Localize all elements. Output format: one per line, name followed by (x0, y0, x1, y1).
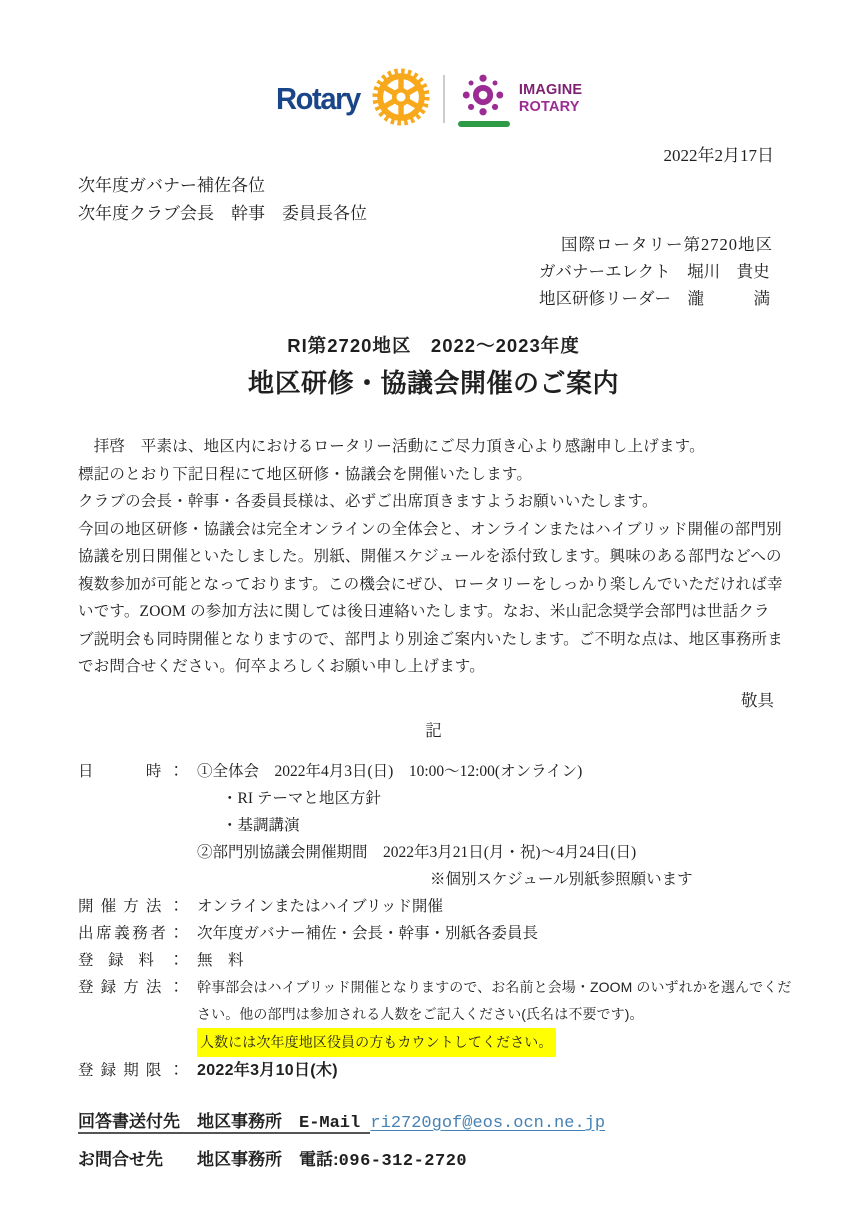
detail-row-attendees: 出席義務者： 次年度ガバナー補佐・会長・幹事・別紙各委員長 (78, 920, 789, 947)
sender-block: 国際ロータリー第2720地区 ガバナーエレクト 堀川 貴史 地区研修リーダー 瀧… (539, 231, 773, 312)
rotary-theme-text: ROTARY (519, 99, 582, 116)
schedule-note: ※個別スケジュール別紙参照願います (430, 866, 693, 893)
sender-district: 国際ロータリー第2720地区 (539, 231, 773, 258)
title-block: RI第2720地区 2022～2023年度 地区研修・協議会開催のご案内 (78, 332, 789, 400)
body-line: 標記のとおり下記日程にて地区研修・協議会を開催いたします。 (78, 461, 789, 489)
detail-row-fee: 登録料： 無 料 (78, 947, 789, 974)
detail-row-schedule: 日 時： ①全体会 2022年4月3日(日) 10:00～12:00(オンライン… (78, 758, 789, 893)
detail-label: 登録料： (78, 947, 184, 974)
body-line: でお問合せください。何卒よろしくお願い申し上げます。 (78, 653, 789, 681)
inquiry-label: お問合せ先 地区事務所 電話: (78, 1150, 339, 1169)
inquiry-line: お問合せ先 地区事務所 電話:096-312-2720 (78, 1146, 789, 1175)
letter-subtitle: RI第2720地区 2022～2023年度 (78, 332, 789, 358)
letter-date: 2022年2月17日 (78, 142, 789, 169)
agenda-bullet: ・基調講演 (222, 812, 693, 839)
recipient-block: 次年度ガバナー補佐各位 次年度クラブ会長 幹事 委員長各位 (78, 172, 789, 228)
body-line: クラブの会長・幹事・各委員長様は、必ずご出席頂きますようお願いいたします。 (78, 488, 789, 516)
sender-governor-elect: ガバナーエレクト 堀川 貴史 (539, 258, 773, 285)
highlighted-note: 人数には次年度地区役員の方もカウントしてください。 (197, 1028, 556, 1057)
detail-value: 次年度ガバナー補佐・会長・幹事・別紙各委員長 (197, 920, 538, 947)
detail-value: 無 料 (197, 947, 244, 974)
recipient-line: 次年度ガバナー補佐各位 (78, 172, 789, 200)
rotary-masterbrand: Rotary (276, 68, 430, 131)
body-line: 協議を別日開催といたしました。別紙、開催スケジュールを添付致します。興味のある部… (78, 543, 789, 571)
footer-contact-section: 回答書送付先 地区事務所 E-Mail ri2720gof@eos.ocn.ne… (78, 1108, 789, 1175)
detail-value: ①全体会 2022年4月3日(日) 10:00～12:00(オンライン) ・RI… (197, 758, 693, 893)
detail-label: 開催方法： (78, 893, 184, 920)
green-swoosh-icon (458, 121, 510, 127)
imagine-rotary-sun-icon (458, 72, 510, 127)
record-marker-ki: 記 (78, 717, 789, 744)
detail-row-method: 開催方法： オンラインまたはハイブリッド開催 (78, 893, 789, 920)
body-line: 拝啓 平素は、地区内におけるロータリー活動にご尽力頂き心より感謝申し上げます。 (78, 433, 789, 461)
email-label: E-Mail (299, 1114, 370, 1133)
reply-label: 回答書送付先 地区事務所 E-Mail (78, 1112, 370, 1134)
deadline-value: 2022年3月10日(木) (197, 1057, 338, 1084)
recipient-line: 次年度クラブ会長 幹事 委員長各位 (78, 200, 789, 228)
sender-training-leader: 地区研修リーダー 瀧 満 (539, 285, 773, 312)
rotary-header-logo: Rotary (0, 0, 858, 134)
detail-label: 日 時： (78, 758, 184, 785)
email-link[interactable]: ri2720gof@eos.ocn.ne.jp (370, 1114, 605, 1133)
phone-number: 096-312-2720 (339, 1152, 467, 1171)
body-line: 複数参加が可能となっております。この機会にぜひ、ロータリーをしっかり楽しんでいた… (78, 571, 789, 599)
detail-value: オンラインまたはハイブリッド開催 (197, 893, 443, 920)
detail-value: 幹事部会はハイブリッド開催となりますので、お名前と会場・ZOOM のいずれかを選… (197, 974, 791, 1057)
body-line: いです。ZOOM の参加方法に関しては後日連絡いたします。なお、米山記念奨学会部… (78, 598, 789, 626)
rotary-wheel-icon (372, 68, 430, 131)
sectional-meeting-line: ②部門別協議会開催期間 2022年3月21日(月・祝)～4月24日(日) (197, 839, 693, 866)
detail-row-registration: 登録方法： 幹事部会はハイブリッド開催となりますので、お名前と会場・ZOOM の… (78, 974, 789, 1057)
reply-label-text: 回答書送付先 地区事務所 (78, 1112, 299, 1131)
registration-line: さい。他の部門は参加される人数をご記入ください(氏名は不要です)。 (197, 1001, 791, 1028)
agenda-bullet: ・RI テーマと地区方針 (222, 785, 693, 812)
logo-divider (443, 75, 445, 123)
imagine-text: IMAGINE (519, 82, 582, 99)
detail-row-deadline: 登録期限： 2022年3月10日(木) (78, 1057, 789, 1084)
details-section: 日 時： ①全体会 2022年4月3日(日) 10:00～12:00(オンライン… (78, 758, 789, 1084)
plenary-session-line: ①全体会 2022年4月3日(日) 10:00～12:00(オンライン) (197, 758, 693, 785)
letter-body: 拝啓 平素は、地区内におけるロータリー活動にご尽力頂き心より感謝申し上げます。 … (78, 433, 789, 681)
reply-address-line: 回答書送付先 地区事務所 E-Mail ri2720gof@eos.ocn.ne… (78, 1108, 789, 1137)
body-line: 今回の地区研修・協議会は完全オンラインの全体会と、オンラインまたはハイブリッド開… (78, 516, 789, 544)
detail-label: 出席義務者： (78, 920, 184, 947)
letter-title: 地区研修・協議会開催のご案内 (78, 363, 789, 400)
letter-page: Rotary (0, 0, 858, 1208)
imagine-rotary-wordmark: IMAGINE ROTARY (519, 82, 582, 116)
rotary-wordmark: Rotary (276, 81, 360, 117)
body-line: ブ説明会も同時開催となりますので、部門より別途ご案内いたします。ご不明な点は、地… (78, 626, 789, 654)
registration-line: 幹事部会はハイブリッド開催となりますので、お名前と会場・ZOOM のいずれかを選… (197, 974, 791, 1001)
imagine-rotary-theme-logo: IMAGINE ROTARY (458, 72, 582, 127)
detail-label: 登録方法： (78, 974, 184, 1001)
closing-keigu: 敬具 (78, 687, 789, 715)
detail-label: 登録期限： (78, 1057, 184, 1084)
